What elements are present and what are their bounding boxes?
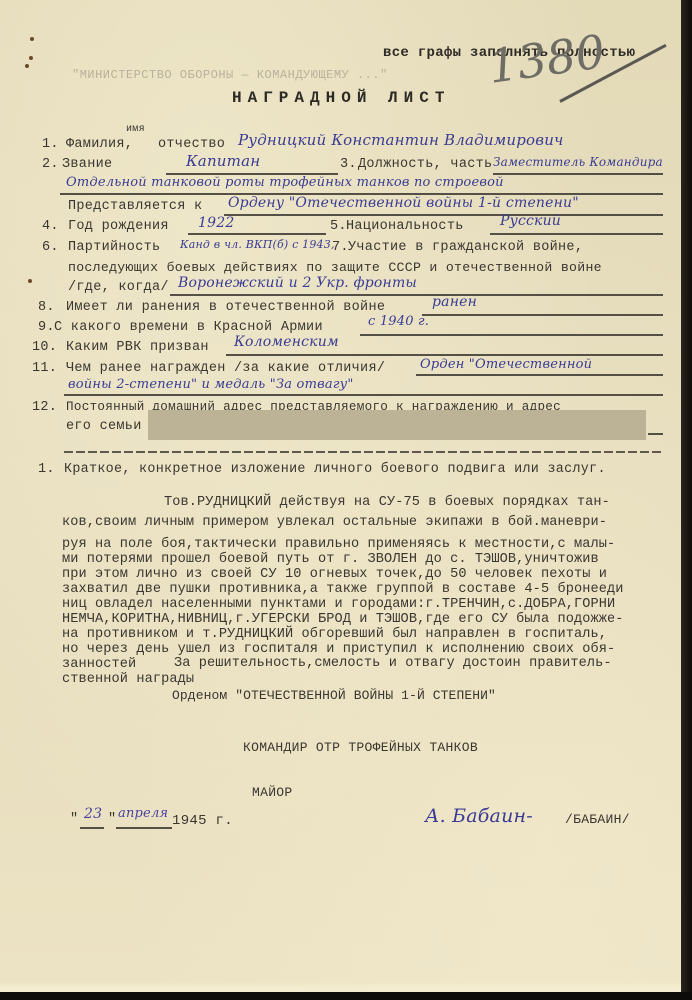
field-4-label: Год рождения xyxy=(68,219,169,234)
narrative-line: руя на поле боя,тактически правильно при… xyxy=(62,537,615,553)
section-separator-dashed xyxy=(64,451,663,453)
field-5-label: Национальность xyxy=(346,219,464,234)
field-9-number: 9. xyxy=(38,320,55,335)
field-full-name-value[interactable]: Рудницкий Константин Владимирович xyxy=(238,131,564,149)
field-7-label: Участие в гражданской войне, xyxy=(348,240,583,255)
commander-rank: МАЙОР xyxy=(252,785,293,800)
field-5-number: 5. xyxy=(330,219,347,234)
commander-position: КОМАНДИР ОТР ТРОФЕЙНЫХ ТАНКОВ xyxy=(243,740,478,755)
field-8-underline xyxy=(422,314,663,316)
section-1-heading: Краткое, конкретное изложение личного бо… xyxy=(64,462,606,477)
narrative-line: ниц овладел населенными пунктами и город… xyxy=(62,597,615,613)
field-nationality-value[interactable]: Русский xyxy=(500,213,561,229)
narrative-line: захватил две пушки противника,а также гр… xyxy=(62,582,624,598)
nominated-underline xyxy=(224,214,663,216)
punch-hole xyxy=(25,64,29,68)
narrative-line: на противником и т.РУДНИЦКИЙ обгоревший … xyxy=(62,627,607,643)
punch-hole xyxy=(29,56,33,60)
field-birth-year-value[interactable]: 1922 xyxy=(198,215,234,231)
field-12-number: 12. xyxy=(32,400,57,415)
field-position-value[interactable]: Заместитель Командира xyxy=(493,155,663,169)
field-2-label: Звание xyxy=(62,157,112,172)
scan-bottom-border xyxy=(0,992,692,1000)
nominated-label: Представляется к xyxy=(68,199,202,214)
field-1-number: 1. xyxy=(42,137,59,152)
field-10-label: Каким РВК призван xyxy=(66,340,209,355)
commander-signature: А. Бабаин- xyxy=(425,805,533,827)
field-11-label: Чем ранее награжден /за какие отличия/ xyxy=(66,361,385,376)
field-3-number: 3. xyxy=(340,157,357,172)
commander-name: /БАБАИН/ xyxy=(565,812,630,827)
field-prior-awards-value[interactable]: Орден "Отечественной xyxy=(420,357,592,372)
field-7-label-line-2: последующих боевых действиях по защите С… xyxy=(68,260,602,275)
field-army-since-value[interactable]: с 1940 г. xyxy=(368,314,429,329)
field-party-value[interactable]: Канд в чл. ВКП(б) с 1943, xyxy=(180,238,335,251)
field-9-underline xyxy=(360,334,663,336)
field-position-value-line-2[interactable]: Отдельной танковой роты трофейных танков… xyxy=(66,175,504,190)
punch-hole xyxy=(30,37,34,41)
date-year: 1945 г. xyxy=(172,813,233,829)
field-1-label: Фамилия, xyxy=(66,137,133,152)
field-1-superscript: имя xyxy=(126,124,145,135)
field-8-number: 8. xyxy=(38,300,55,315)
field-10-underline xyxy=(226,354,663,356)
page-title: НАГРАДНОЙ ЛИСТ xyxy=(232,89,450,107)
punch-hole xyxy=(28,279,32,283)
date-month-underline xyxy=(116,827,172,829)
section-1-number: 1. xyxy=(38,462,55,477)
field-7-underline xyxy=(170,294,663,296)
field-3-underline xyxy=(493,173,663,175)
field-enlistment-office-value[interactable]: Коломенским xyxy=(234,334,339,350)
field-2-number: 2. xyxy=(42,157,59,172)
field-4-number: 4. xyxy=(42,219,59,234)
faded-stamp-line: "МИНИСТЕРСТВО ОБОРОНЫ — КОМАНДУЮЩЕМУ ...… xyxy=(72,68,388,82)
field-12-underline xyxy=(648,433,663,435)
field-6-label: Партийность xyxy=(68,240,160,255)
field-7-label-line-3: /где, когда/ xyxy=(68,280,169,295)
field-11-number: 11. xyxy=(32,361,57,376)
award-sheet: все графы заполнять полностью "МИНИСТЕРС… xyxy=(0,0,682,992)
field-11-underline-2 xyxy=(64,394,663,396)
field-7-number: 7. xyxy=(332,240,349,255)
scan-right-border xyxy=(681,0,692,1000)
narrative-line: ков,своим личным примером увлекал осталь… xyxy=(62,515,607,531)
nominated-award-value[interactable]: Ордену "Отечественной войны 1-й степени" xyxy=(228,195,579,211)
date-day[interactable]: 23 xyxy=(84,806,102,822)
field-10-number: 10. xyxy=(32,340,57,355)
narrative-line: Тов.РУДНИЦКИЙ действуя на СУ-75 в боевых… xyxy=(164,495,610,511)
narrative-line: ми потерями прошел боевой путь от г. ЗВО… xyxy=(62,552,599,568)
date-day-underline xyxy=(80,827,104,829)
field-12-label-line-2: его семьи xyxy=(66,419,142,434)
field-war-participation-value[interactable]: Воронежский и 2 Укр. фронты xyxy=(178,275,417,291)
field-11-underline xyxy=(416,374,663,376)
narrative-line: НЕМЧА,КОРИТНА,НИВНИЦ,г.УГЕРСКИ БРОД и ТЭ… xyxy=(62,612,624,628)
field-prior-awards-value-line-2[interactable]: войны 2-степени" и медаль "За отвагу" xyxy=(68,377,354,392)
award-recommendation: Орденом "ОТЕЧЕСТВЕННОЙ ВОЙНЫ 1-Й СТЕПЕНИ… xyxy=(172,688,496,704)
field-rank-value[interactable]: Капитан xyxy=(186,152,260,170)
field-6-number: 6. xyxy=(42,240,59,255)
date-open-quote: " xyxy=(70,812,78,827)
field-4-underline xyxy=(188,233,326,235)
conclusion-line: За решительность,смелость и отвагу досто… xyxy=(174,656,612,672)
date-month[interactable]: апреля xyxy=(118,806,168,821)
field-5-underline xyxy=(490,233,663,235)
address-redaction-block xyxy=(148,410,646,440)
narrative-line: занностей xyxy=(62,657,136,673)
field-wounds-value[interactable]: ранен xyxy=(432,294,477,310)
field-1-label-2: отчество xyxy=(158,137,225,152)
field-9-label: С какого времени в Красной Армии xyxy=(54,320,323,335)
field-8-label: Имеет ли ранения в отечественной войне xyxy=(66,300,385,315)
field-3-label: Должность, часть xyxy=(358,157,492,172)
conclusion-line: ственной награды xyxy=(62,672,194,688)
narrative-line: при этом лично из своей СУ 10 огневых то… xyxy=(62,567,607,583)
date-close-quote: " xyxy=(108,812,116,827)
